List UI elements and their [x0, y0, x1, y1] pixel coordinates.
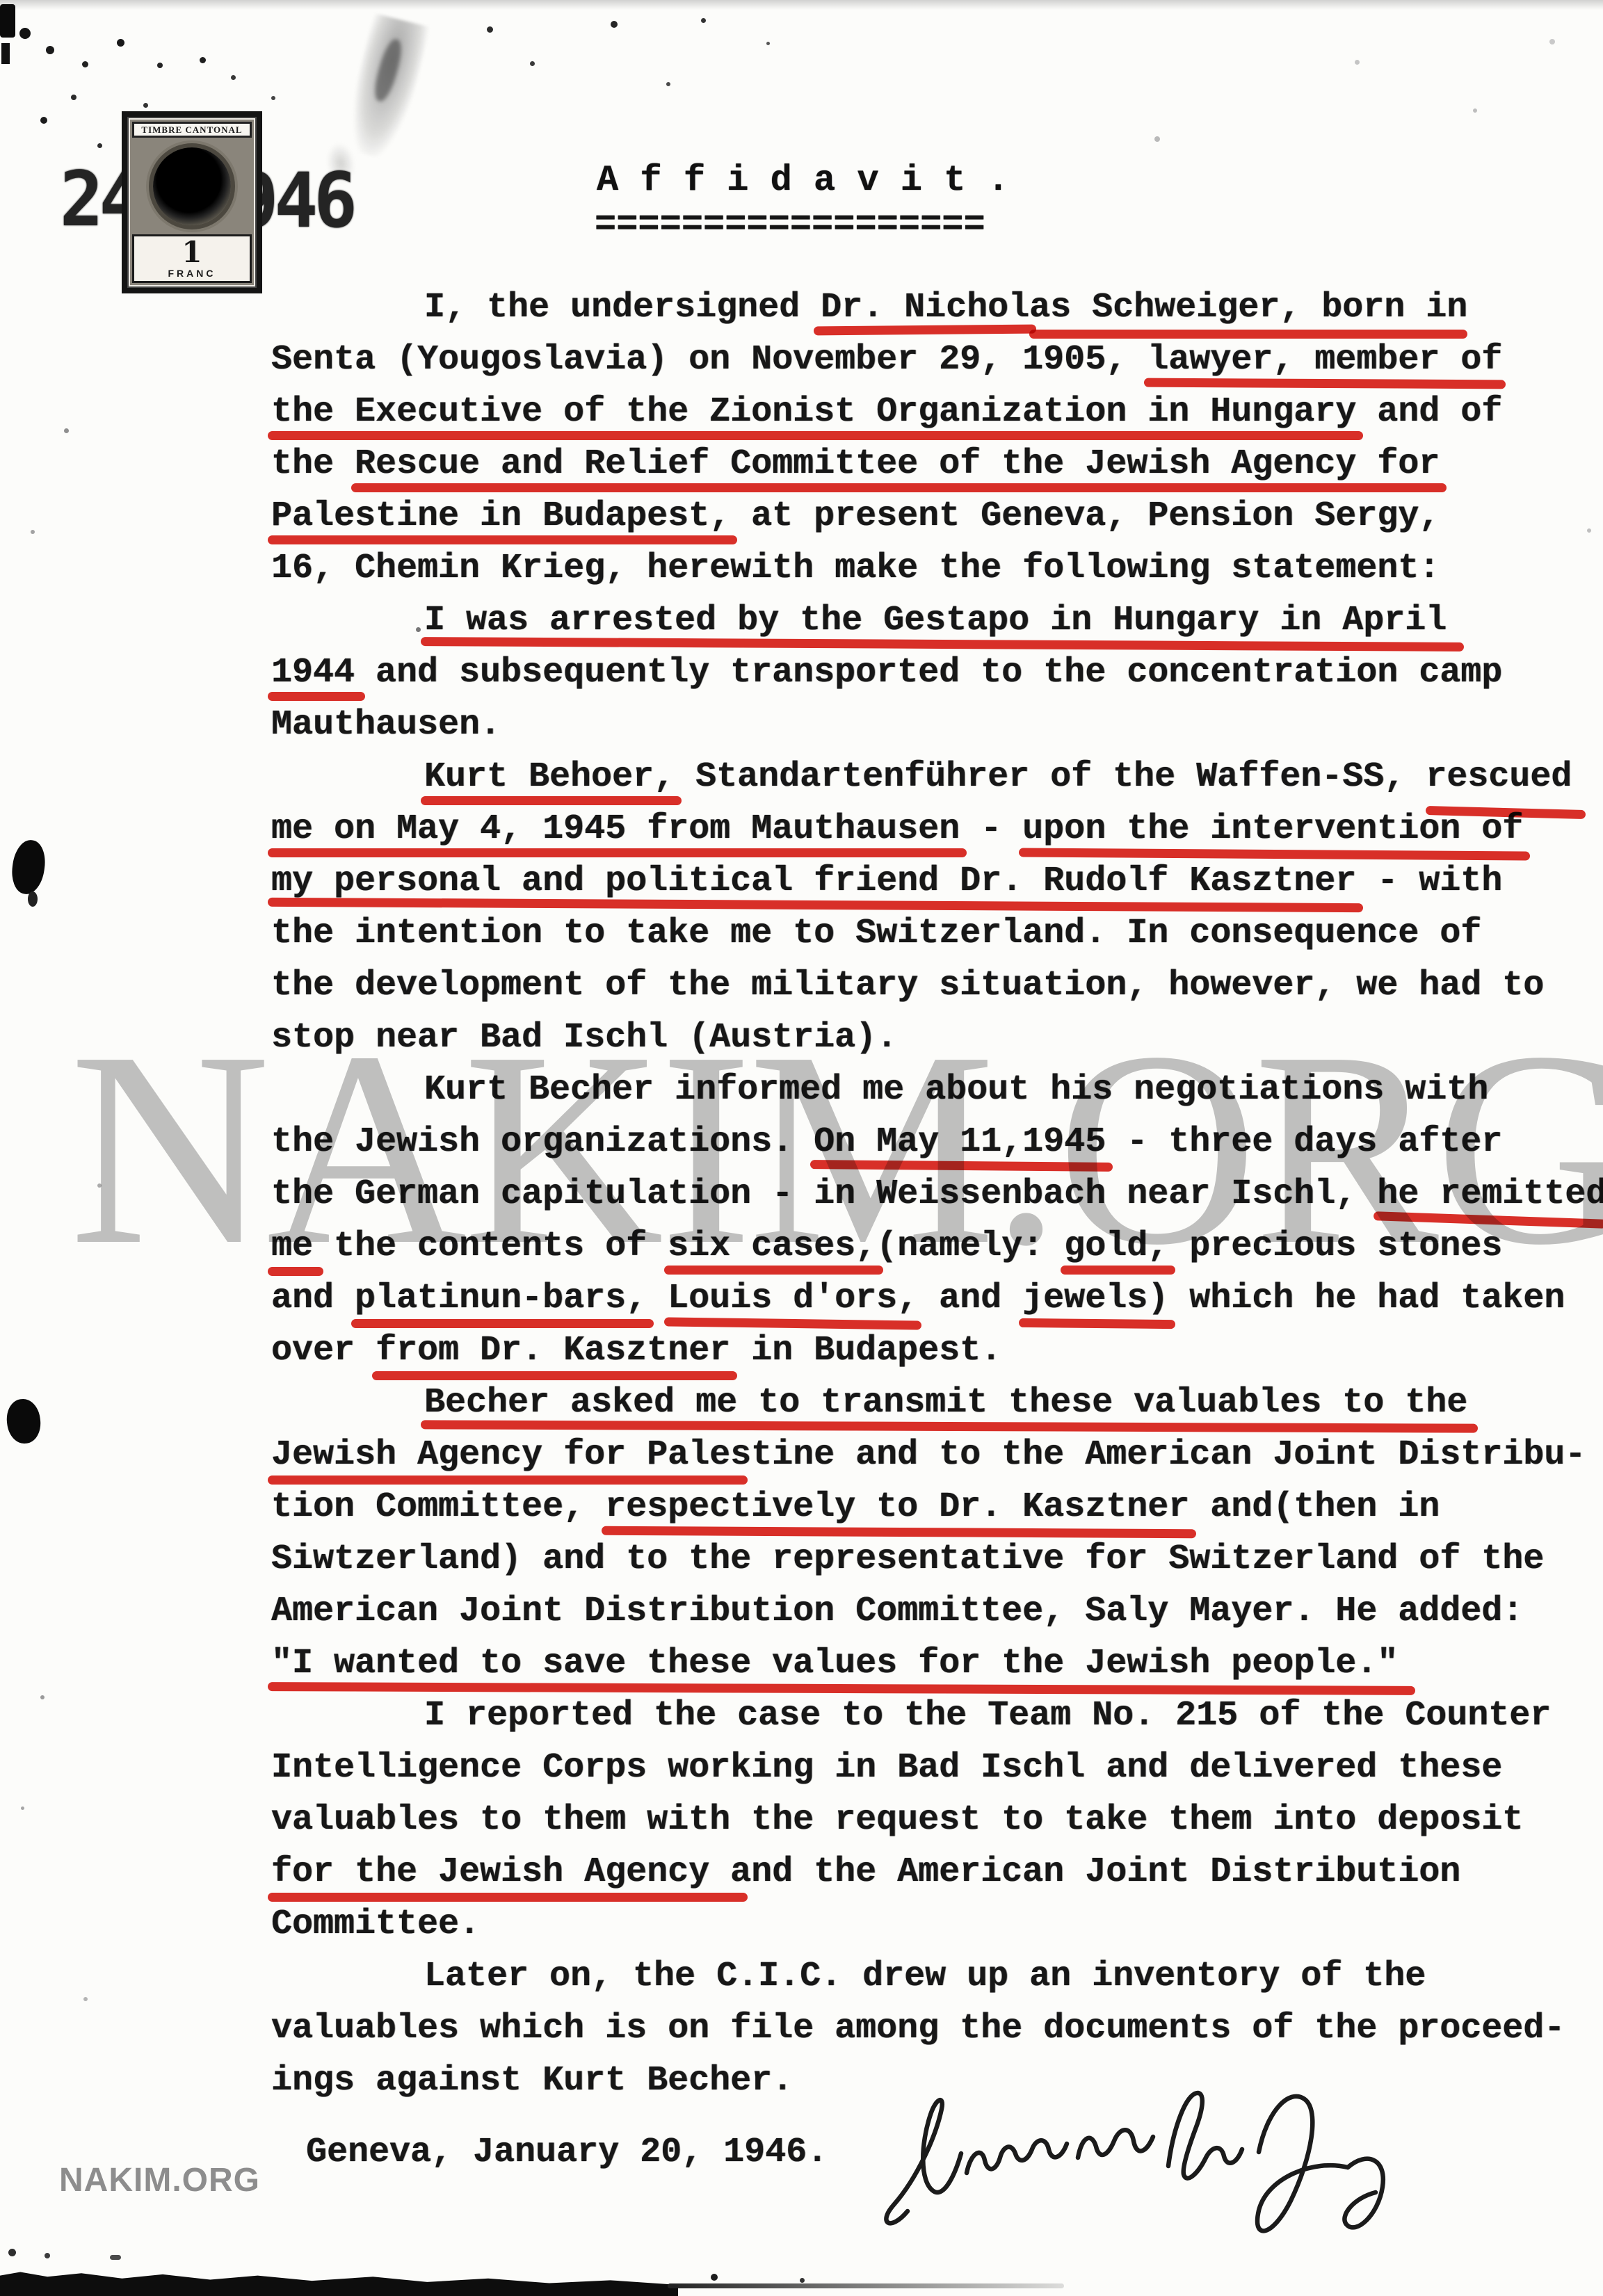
signature-icon — [869, 2069, 1447, 2256]
scan-speck — [1355, 60, 1360, 65]
red-underline — [268, 1267, 323, 1276]
scanned-affidavit-page: { "title": { "text": "A f f i d a v i t … — [0, 0, 1603, 2296]
text-line: for the Jewish Agency and the American J… — [271, 1851, 1460, 1894]
red-underline — [814, 325, 1036, 336]
text-line: the Executive of the Zionist Organizatio… — [271, 391, 1502, 434]
scan-speck — [1549, 39, 1555, 45]
stamp-currency-label: FRANC — [134, 268, 250, 279]
scan-speck — [1587, 528, 1591, 533]
red-underline — [268, 848, 967, 857]
stamp-seal-icon — [153, 147, 231, 225]
red-underline — [1144, 378, 1506, 389]
text-line: Senta (Yougoslavia) on November 29, 1905… — [271, 339, 1502, 382]
text-line: valuables which is on file among the doc… — [271, 2007, 1565, 2051]
scan-speck — [117, 39, 124, 47]
revenue-stamp: TIMBRE CANTONAL 1 FRANC — [122, 111, 262, 293]
red-underline — [1061, 1266, 1175, 1275]
scan-speck — [71, 95, 76, 100]
red-underline — [1019, 1318, 1175, 1329]
red-underline — [351, 483, 1447, 492]
scan-speck — [1473, 108, 1477, 113]
red-underline — [351, 1319, 654, 1328]
scan-speck — [800, 2278, 805, 2283]
text-line: Later on, the C.I.C. drew up an inventor… — [424, 1955, 1426, 1998]
scan-speck — [40, 117, 47, 124]
stamp-top-label: TIMBRE CANTONAL — [132, 122, 252, 138]
scan-dust-top — [0, 0, 1603, 10]
scan-speck — [666, 82, 670, 86]
scan-speck — [110, 2255, 121, 2260]
scan-bottom-band — [0, 2267, 678, 2296]
scan-speck — [487, 26, 493, 33]
red-underline — [1029, 330, 1467, 339]
scan-speck — [21, 1806, 24, 1810]
stamp-value: 1 — [134, 237, 250, 268]
red-underline — [268, 1893, 748, 1902]
text-line: Kurt Behoer, Standartenführer of the Waf… — [424, 756, 1572, 799]
text-line: I was arrested by the Gestapo in Hungary… — [424, 599, 1447, 642]
text-line: Committee. — [271, 1903, 480, 1946]
red-underline — [268, 692, 365, 701]
text-line: Becher asked me to transmit these valuab… — [424, 1382, 1467, 1425]
scan-speck — [45, 2253, 50, 2258]
scan-speck — [40, 1695, 45, 1699]
scan-speck — [701, 18, 706, 23]
scan-ink-blob — [5, 1398, 42, 1446]
scan-speck — [83, 1997, 88, 2001]
red-underline — [268, 431, 1363, 440]
text-line: Geneva, January 20, 1946. — [306, 2131, 828, 2174]
scan-speck — [19, 28, 31, 39]
text-line: the intention to take me to Switzerland.… — [271, 912, 1481, 955]
watermark-center: NAKIM.ORG — [70, 1010, 1603, 1288]
scan-blot — [1, 43, 10, 64]
scan-blot — [0, 4, 15, 38]
text-line: ings against Kurt Becher. — [271, 2060, 793, 2103]
text-line: me on May 4, 1945 from Mauthausen - upon… — [271, 808, 1523, 851]
page-title: A f f i d a v i t . — [597, 161, 1009, 200]
text-line: my personal and political friend Dr. Rud… — [271, 860, 1502, 903]
text-line: Jewish Agency for Palestine and to the A… — [271, 1434, 1586, 1477]
red-underline — [664, 1266, 883, 1275]
scan-speck — [46, 46, 54, 54]
scan-speck — [711, 2274, 718, 2281]
scan-speck — [64, 428, 69, 433]
red-underline — [268, 1476, 748, 1485]
red-underline — [421, 796, 682, 805]
scan-ink-blob — [9, 838, 48, 896]
text-line: I, the undersigned Dr. Nicholas Schweige… — [424, 286, 1467, 330]
stamp-emblem-area — [130, 138, 254, 234]
scan-bottom-line — [668, 2283, 1064, 2288]
scan-speck — [82, 61, 88, 67]
scan-speck — [530, 61, 535, 66]
scan-speck — [28, 891, 38, 907]
scan-speck — [200, 57, 206, 63]
text-line: Intelligence Corps working in Bad Ischl … — [271, 1747, 1502, 1790]
text-line: 1944 and subsequently transported to the… — [271, 652, 1502, 695]
watermark-bottom-left: NAKIM.ORG — [59, 2162, 260, 2199]
text-line: Palestine in Budapest, at present Geneva… — [271, 495, 1440, 538]
scan-speck — [31, 530, 35, 534]
scan-speck — [271, 96, 275, 100]
scan-speck — [157, 63, 163, 68]
scan-speck — [1154, 136, 1160, 142]
scan-speck — [766, 42, 770, 45]
red-underline — [268, 535, 737, 544]
scan-speck — [231, 75, 236, 80]
text-line: the Rescue and Relief Committee of the J… — [271, 443, 1440, 486]
text-line: I reported the case to the Team No. 215 … — [424, 1695, 1551, 1738]
scan-speck — [143, 103, 148, 108]
text-line: 16, Chemin Krieg, herewith make the foll… — [271, 547, 1440, 590]
revenue-stamp-inner: TIMBRE CANTONAL 1 FRANC — [130, 120, 254, 285]
text-line: tion Committee, respectively to Dr. Kasz… — [271, 1486, 1440, 1529]
text-line: over from Dr. Kasztner in Budapest. — [271, 1329, 1001, 1373]
stamp-value-band: 1 FRANC — [132, 234, 252, 283]
text-line: American Joint Distribution Committee, S… — [271, 1590, 1523, 1633]
text-line: Siwtzerland) and to the representative f… — [271, 1538, 1544, 1581]
scan-speck — [416, 627, 421, 632]
scan-speck — [611, 21, 618, 28]
scan-speck — [8, 2249, 16, 2256]
scan-speck — [97, 143, 102, 148]
text-line: valuables to them with the request to ta… — [271, 1799, 1523, 1842]
text-line: Mauthausen. — [271, 704, 501, 747]
red-underline — [372, 1371, 737, 1380]
text-line: "I wanted to save these values for the J… — [271, 1642, 1398, 1685]
title-underline: ================== — [595, 206, 985, 245]
